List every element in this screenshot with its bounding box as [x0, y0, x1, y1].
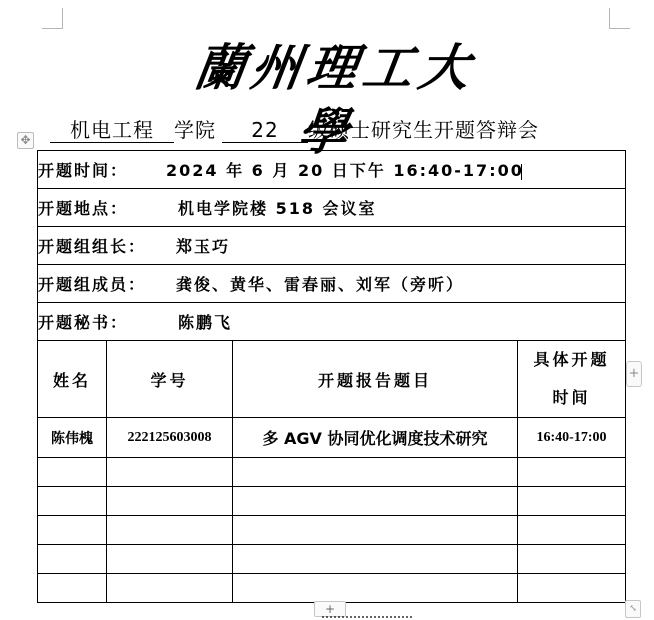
info-cell-time[interactable]: 开题时间：2024 年 6 月 20 日下午 16:40-17:00: [38, 151, 626, 189]
info-label: 开题时间：: [38, 158, 166, 181]
cell-student-id[interactable]: [107, 487, 233, 516]
cut-off-text-fragment: [322, 616, 412, 620]
info-cell-location[interactable]: 开题地点：机电学院楼 518 会议室: [38, 189, 626, 227]
table-header-row: 姓名 学号 开题报告题目 具体开题 时间: [38, 341, 626, 418]
cell-time[interactable]: [518, 574, 626, 603]
table-row: [38, 458, 626, 487]
cell-time[interactable]: [518, 458, 626, 487]
info-row-secretary: 开题秘书：陈鹏飞: [38, 303, 626, 341]
cell-student-id[interactable]: [107, 516, 233, 545]
cell-name[interactable]: 陈伟槐: [38, 418, 107, 458]
info-label: 开题秘书：: [38, 310, 178, 333]
subtitle-rest: 级硕士研究生开题答辩会: [308, 118, 539, 142]
cell-time[interactable]: [518, 516, 626, 545]
cell-topic[interactable]: [233, 516, 518, 545]
info-value: 龚俊、黄华、雷春丽、刘军（旁听）: [176, 272, 464, 295]
column-header-time-line1: 具体开题: [518, 341, 625, 379]
info-cell-secretary[interactable]: 开题秘书：陈鹏飞: [38, 303, 626, 341]
info-cell-members[interactable]: 开题组成员：龚俊、黄华、雷春丽、刘军（旁听）: [38, 265, 626, 303]
cell-time[interactable]: 16:40-17:00: [518, 418, 626, 458]
text-cursor: [521, 164, 522, 180]
cell-name[interactable]: [38, 487, 107, 516]
cell-topic[interactable]: [233, 574, 518, 603]
info-cell-leader[interactable]: 开题组组长：郑玉巧: [38, 227, 626, 265]
page-corner-mark-top-right: [609, 8, 630, 29]
column-header-student-id[interactable]: 学号: [107, 341, 233, 418]
cell-student-id[interactable]: [107, 458, 233, 487]
table-row: [38, 516, 626, 545]
cell-time[interactable]: [518, 545, 626, 574]
column-header-time[interactable]: 具体开题 时间: [518, 341, 626, 418]
column-header-time-line2: 时间: [518, 379, 625, 417]
table-move-handle-icon[interactable]: ✥: [17, 132, 34, 149]
info-value: 机电学院楼 518 会议室: [178, 196, 377, 219]
table-row: 陈伟槐 222125603008 多 AGV 协同优化调度技术研究 16:40-…: [38, 418, 626, 458]
info-label: 开题组成员：: [38, 272, 176, 295]
table-row: [38, 574, 626, 603]
info-row-leader: 开题组组长：郑玉巧: [38, 227, 626, 265]
table-row: [38, 487, 626, 516]
cell-time[interactable]: [518, 487, 626, 516]
info-value: 陈鹏飞: [178, 310, 232, 333]
info-row-location: 开题地点：机电学院楼 518 会议室: [38, 189, 626, 227]
cell-student-id[interactable]: [107, 574, 233, 603]
info-value: 郑玉巧: [176, 234, 230, 257]
defense-schedule-table: 开题时间：2024 年 6 月 20 日下午 16:40-17:00 开题地点：…: [37, 150, 626, 603]
column-header-name[interactable]: 姓名: [38, 341, 107, 418]
column-header-topic[interactable]: 开题报告题目: [233, 341, 518, 418]
table-row: [38, 545, 626, 574]
cell-name[interactable]: [38, 574, 107, 603]
info-row-time: 开题时间：2024 年 6 月 20 日下午 16:40-17:00: [38, 151, 626, 189]
cell-name[interactable]: [38, 458, 107, 487]
cell-topic[interactable]: [233, 545, 518, 574]
info-label: 开题组组长：: [38, 234, 176, 257]
info-value: 2024 年 6 月 20 日下午 16:40-17:00: [166, 158, 524, 181]
cell-topic[interactable]: 多 AGV 协同优化调度技术研究: [233, 418, 518, 458]
add-column-button[interactable]: +: [626, 361, 642, 387]
university-logo: 蘭州理工大學: [186, 36, 485, 100]
document-subtitle: 机电工程学院22级硕士研究生开题答辩会: [50, 114, 610, 146]
cell-topic[interactable]: [233, 487, 518, 516]
cell-student-id[interactable]: [107, 545, 233, 574]
cell-topic[interactable]: [233, 458, 518, 487]
cell-name[interactable]: [38, 545, 107, 574]
info-label: 开题地点：: [38, 196, 178, 219]
college-suffix: 学院: [174, 118, 216, 142]
table-resize-handle-icon[interactable]: ⤡: [625, 600, 641, 618]
page-corner-mark-top-left: [42, 8, 63, 29]
college-name-field[interactable]: 机电工程: [50, 118, 174, 143]
add-row-button[interactable]: +: [314, 601, 346, 617]
cell-student-id[interactable]: 222125603008: [107, 418, 233, 458]
grade-field[interactable]: 22: [222, 118, 308, 143]
info-row-members: 开题组成员：龚俊、黄华、雷春丽、刘军（旁听）: [38, 265, 626, 303]
cell-name[interactable]: [38, 516, 107, 545]
